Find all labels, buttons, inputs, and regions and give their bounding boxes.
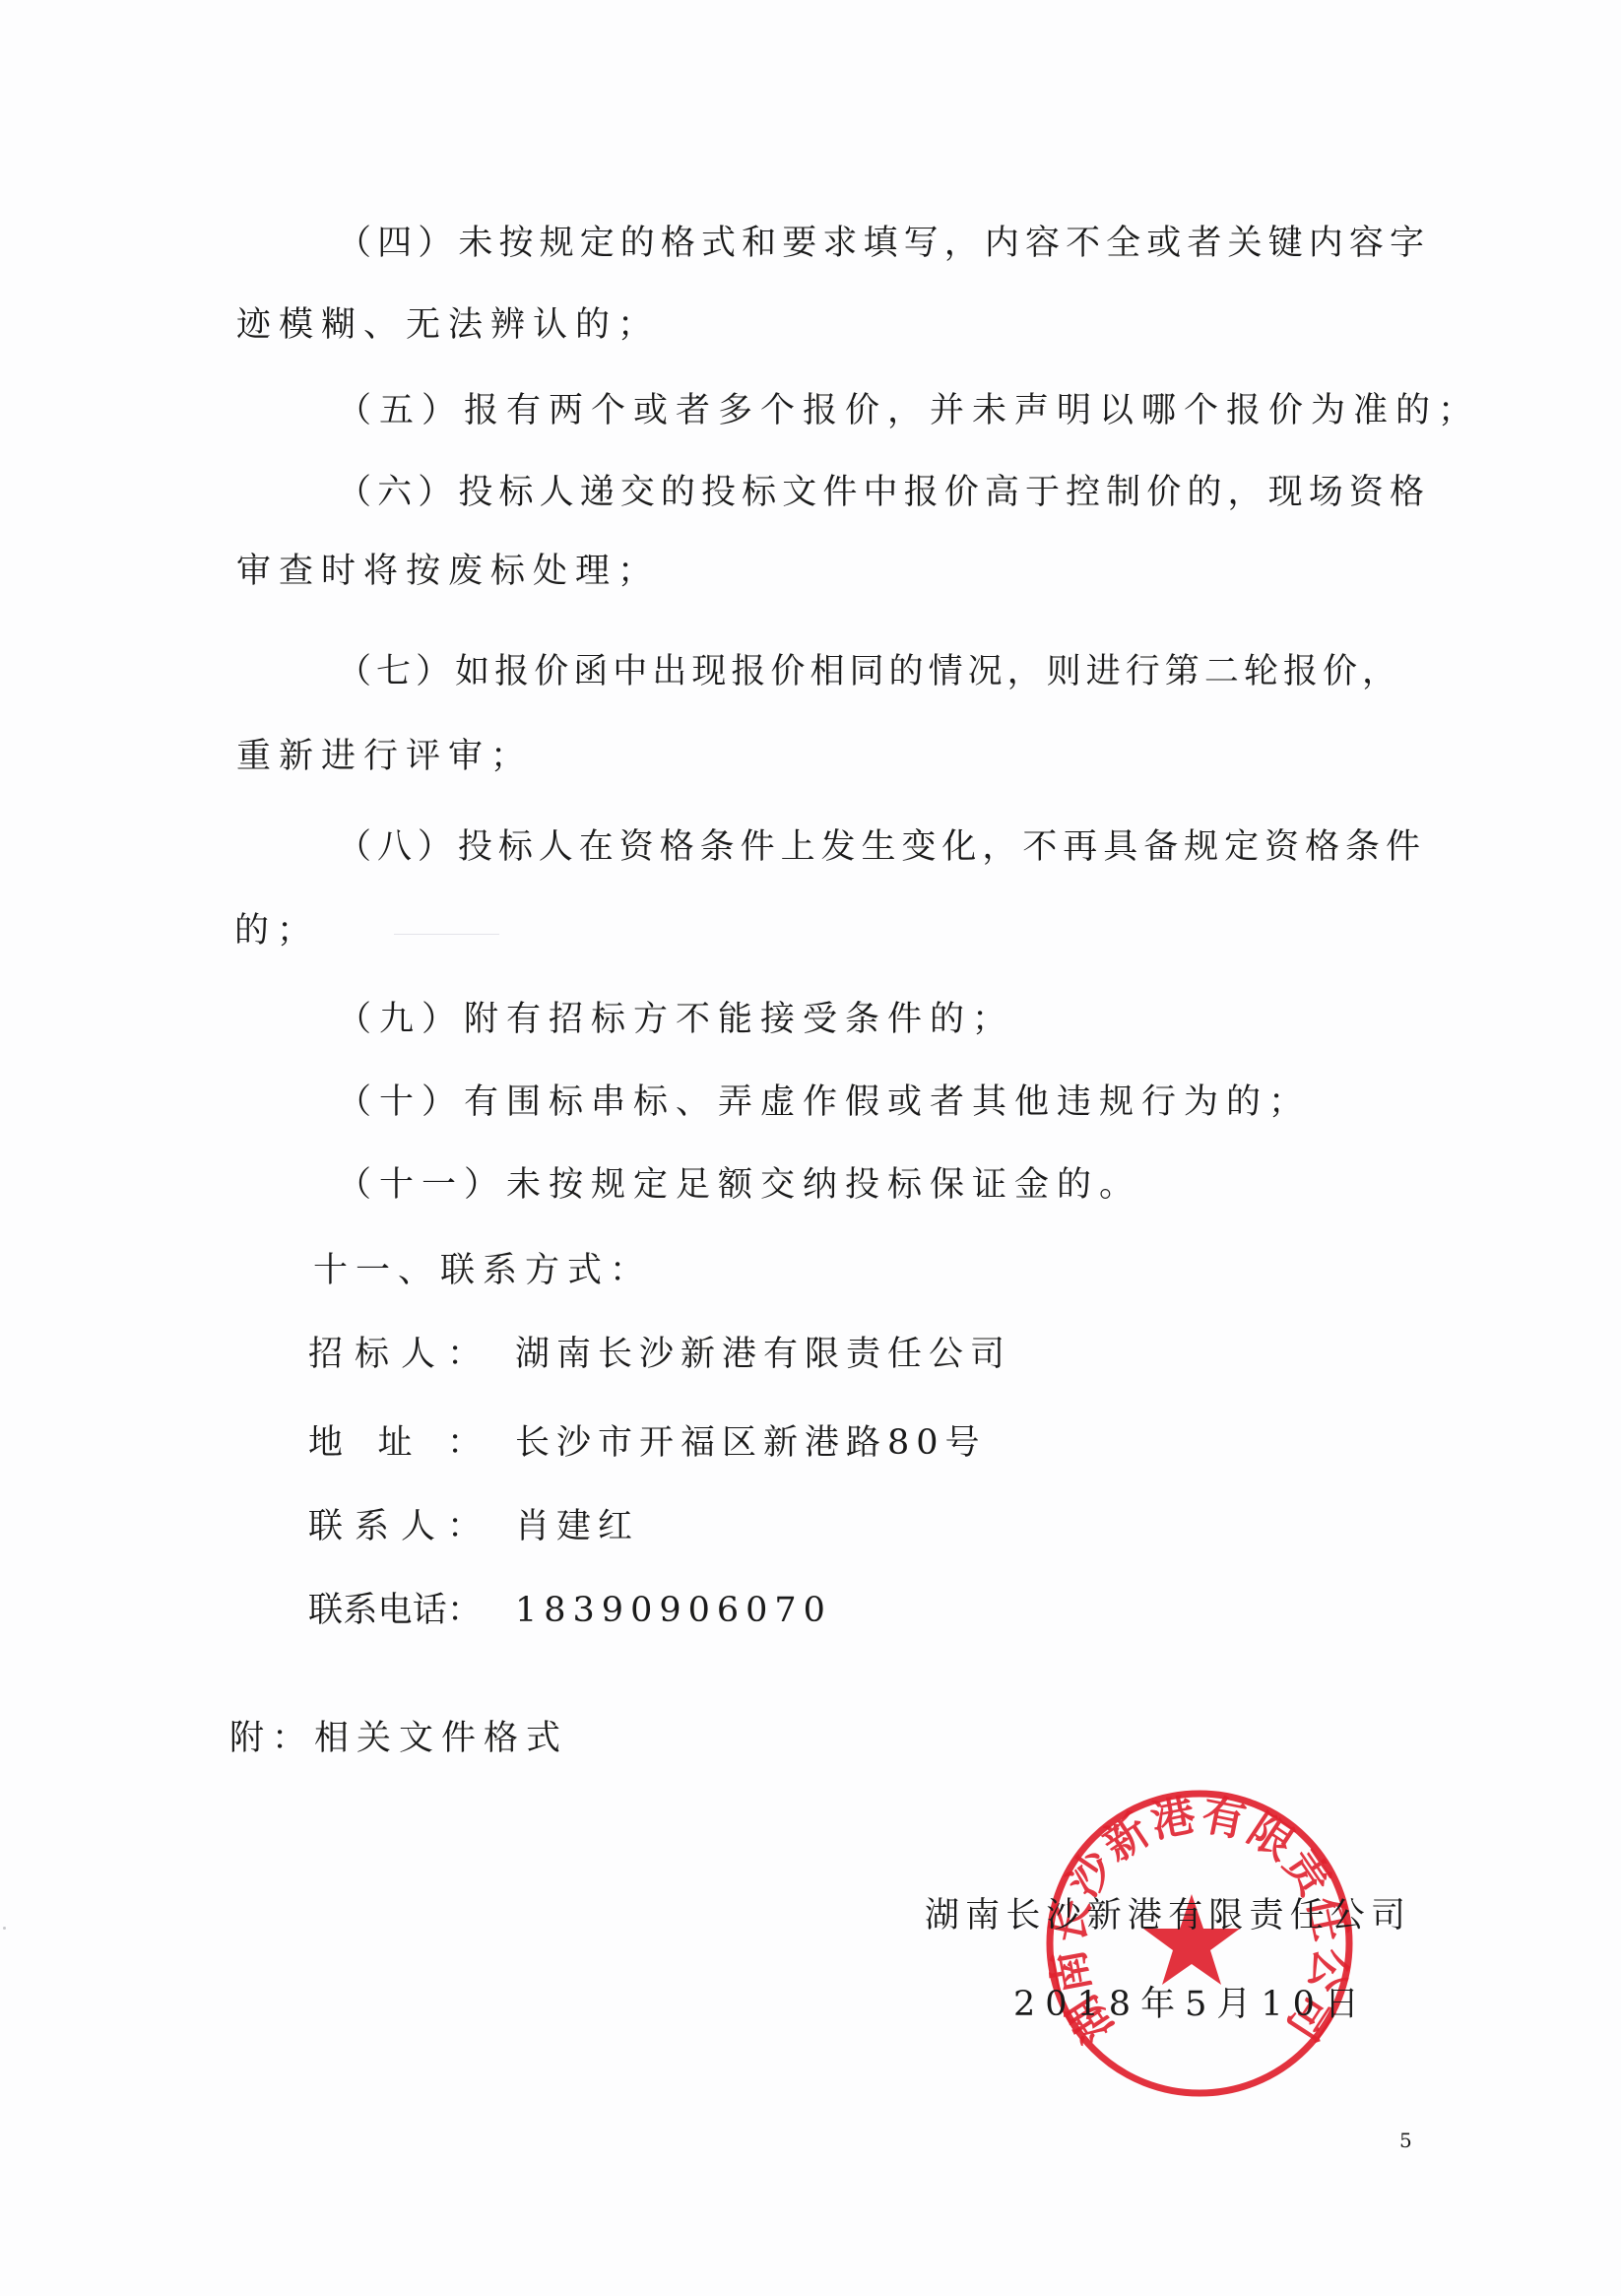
attachment-note: 附：相关文件格式 xyxy=(229,1717,568,1760)
item-10-line-1: （十）有围标串标、弄虚作假或者其他违规行为的； xyxy=(337,1081,1311,1124)
item-6-line-2: 审查时将按废标处理； xyxy=(236,550,660,593)
section-heading-contact: 十一、联系方式： xyxy=(313,1249,652,1292)
contact-label: 联系人： xyxy=(308,1505,482,1548)
item-8-line-2: 的； xyxy=(234,909,319,952)
scan-speck xyxy=(3,1927,6,1930)
official-seal-stamp-icon: 湖南长沙新港有限责任公司 xyxy=(1044,1788,1355,2099)
item-4-line-2: 迹模糊、无法辨认的； xyxy=(236,303,660,347)
contact-row-phone: 联系电话： 18390906070 xyxy=(308,1589,1195,1632)
item-5-line-1: （五）报有两个或者多个报价，并未声明以哪个报价为准的； xyxy=(337,389,1480,432)
contact-label: 联系电话： xyxy=(308,1589,482,1632)
contact-value: 18390906070 xyxy=(515,1589,832,1632)
contact-value: 肖建红 xyxy=(515,1505,639,1548)
contact-label: 招标人： xyxy=(308,1333,482,1376)
contact-row-person: 联系人： 肖建红 xyxy=(308,1505,1195,1548)
contact-value: 长沙市开福区新港路80号 xyxy=(515,1421,987,1465)
item-9-line-1: （九）附有招标方不能接受条件的； xyxy=(337,998,1014,1041)
contact-row-address: 地址： 长沙市开福区新港路80号 xyxy=(308,1421,1195,1465)
item-11-line-1: （十一）未按规定足额交纳投标保证金的。 xyxy=(337,1163,1141,1207)
contact-label: 地址： xyxy=(308,1421,482,1465)
signature-date: 2018年5月10日 xyxy=(1013,1983,1369,2026)
item-8-line-1: （八）投标人在资格条件上发生变化，不再具备规定资格条件 xyxy=(337,825,1420,869)
scan-artifact-rule xyxy=(394,934,499,935)
page-number: 5 xyxy=(1399,2130,1412,2151)
contact-row-tenderer: 招标人： 湖南长沙新港有限责任公司 xyxy=(308,1333,1195,1376)
item-7-line-1: （七）如报价函中出现报价相同的情况，则进行第二轮报价， xyxy=(337,650,1396,693)
contact-value: 湖南长沙新港有限责任公司 xyxy=(515,1333,1011,1376)
item-6-line-1: （六）投标人递交的投标文件中报价高于控制价的，现场资格 xyxy=(337,471,1424,514)
signature-company: 湖南长沙新港有限责任公司 xyxy=(925,1894,1405,1937)
item-7-line-2: 重新进行评审； xyxy=(236,735,533,778)
item-4-line-1: （四）未按规定的格式和要求填写，内容不全或者关键内容字 xyxy=(337,222,1424,265)
